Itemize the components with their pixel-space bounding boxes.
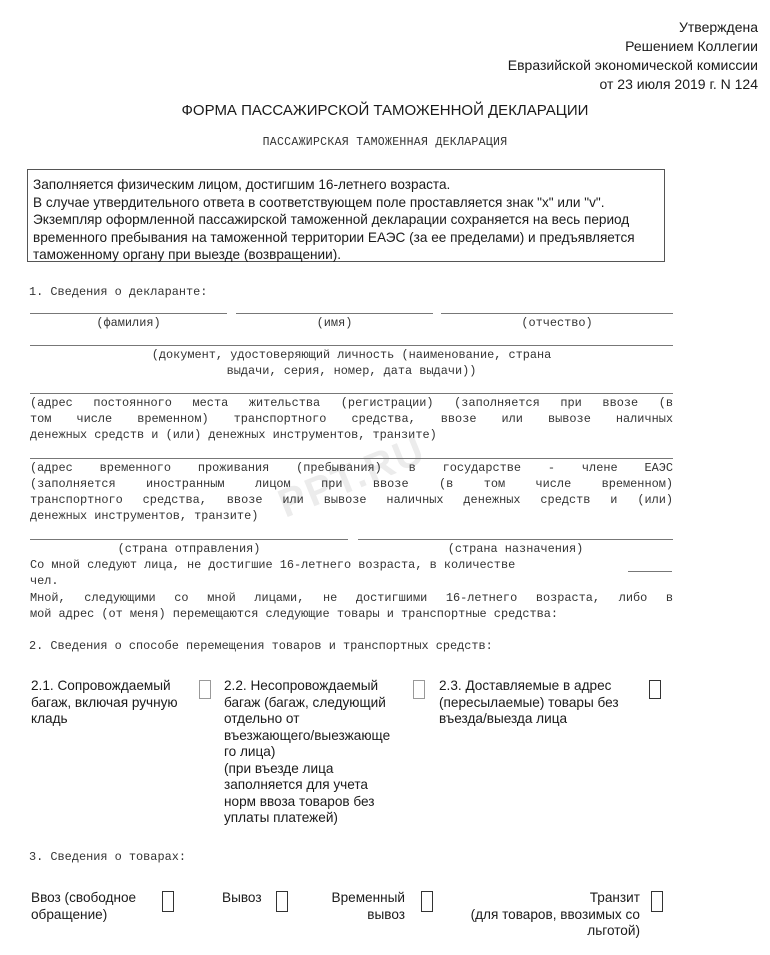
section1-heading: 1. Сведения о декларанте: [29, 284, 207, 300]
form-title: ФОРМА ПАССАЖИРСКОЙ ТАМОЖЕННОЙ ДЕКЛАРАЦИИ [0, 102, 770, 119]
minors-count-label: Со мной следуют лица, не достигшие 16-ле… [30, 557, 515, 573]
surname-field[interactable] [30, 313, 227, 314]
option-export: Вывоз [222, 890, 262, 907]
instruction-line: временного пребывания на таможенной терр… [33, 229, 659, 247]
temporary-address-caption: транспортного средства, ввозе или вывозе… [30, 492, 673, 508]
minors-count-field[interactable] [628, 571, 672, 572]
approval-block: Утверждена Решением Коллегии Евразийской… [508, 18, 758, 94]
approval-line: Евразийской экономической комиссии [508, 56, 758, 75]
approval-line: Решением Коллегии [508, 37, 758, 56]
temporary-address-caption: (адрес временного проживания (пребывания… [30, 460, 673, 476]
name-caption: (имя) [236, 315, 433, 331]
instruction-line: таможенному органу при выезде (возвращен… [33, 246, 659, 264]
option-transit: Транзит (для товаров, ввозимых со льгото… [440, 890, 640, 940]
goods-statement: Мной, следующими со мной лицами, не дост… [30, 590, 673, 606]
destination-country-field[interactable] [358, 539, 673, 540]
destination-country-caption: (страна назначения) [358, 541, 673, 557]
temporary-export-checkbox[interactable] [421, 891, 433, 912]
patronymic-caption: (отчество) [441, 315, 673, 331]
declaration-title: ПАССАЖИРСКАЯ ТАМОЖЕННАЯ ДЕКЛАРАЦИЯ [0, 136, 770, 149]
permanent-address-field[interactable] [30, 393, 673, 394]
option-temporary-export: Временный вывоз [306, 890, 405, 923]
unaccompanied-baggage-checkbox[interactable] [413, 680, 425, 699]
departure-country-caption: (страна отправления) [30, 541, 348, 557]
export-checkbox[interactable] [276, 891, 288, 912]
section3-heading: 3. Сведения о товарах: [29, 849, 186, 865]
section2-heading: 2. Сведения о способе перемещения товаро… [29, 638, 493, 654]
identity-document-field[interactable] [30, 345, 673, 346]
option-delivered-goods: 2.3. Доставляемые в адрес (пересылаемые)… [439, 678, 619, 728]
instruction-line: Экземпляр оформленной пассажирской тамож… [33, 211, 659, 229]
minors-count-unit: чел. [30, 573, 59, 589]
transit-checkbox[interactable] [651, 891, 663, 912]
goods-statement: мой адрес (от меня) перемещаются следующ… [30, 606, 558, 622]
instruction-line: В случае утвердительного ответа в соотве… [33, 194, 659, 212]
option-import: Ввоз (свободное обращение) [31, 890, 136, 923]
temporary-address-caption: денежных инструментов, транзите) [30, 508, 258, 524]
identity-document-caption: (документ, удостоверяющий личность (наим… [30, 347, 673, 363]
permanent-address-caption: (адрес постоянного места жительства (рег… [30, 395, 673, 411]
name-field[interactable] [236, 313, 433, 314]
import-checkbox[interactable] [162, 891, 174, 912]
instruction-line: Заполняется физическим лицом, достигшим … [33, 176, 659, 194]
instructions-box: Заполняется физическим лицом, достигшим … [27, 169, 665, 262]
patronymic-field[interactable] [441, 313, 673, 314]
option-accompanied-baggage: 2.1. Сопровождаемый багаж, включая ручну… [31, 678, 178, 728]
temporary-address-field[interactable] [30, 458, 673, 459]
permanent-address-caption: денежных средств и (или) денежных инстру… [30, 427, 437, 443]
surname-caption: (фамилия) [30, 315, 227, 331]
departure-country-field[interactable] [30, 539, 348, 540]
approval-line: от 23 июля 2019 г. N 124 [508, 75, 758, 94]
approval-line: Утверждена [508, 18, 758, 37]
option-unaccompanied-baggage: 2.2. Несопровождаемый багаж (багаж, след… [224, 678, 390, 827]
identity-document-caption: выдачи, серия, номер, дата выдачи)) [30, 363, 673, 379]
permanent-address-caption: том числе временном) транспортного средс… [30, 411, 673, 427]
delivered-goods-checkbox[interactable] [649, 680, 661, 699]
accompanied-baggage-checkbox[interactable] [199, 680, 211, 699]
temporary-address-caption: (заполняется иностранным лицом при ввозе… [30, 476, 673, 492]
